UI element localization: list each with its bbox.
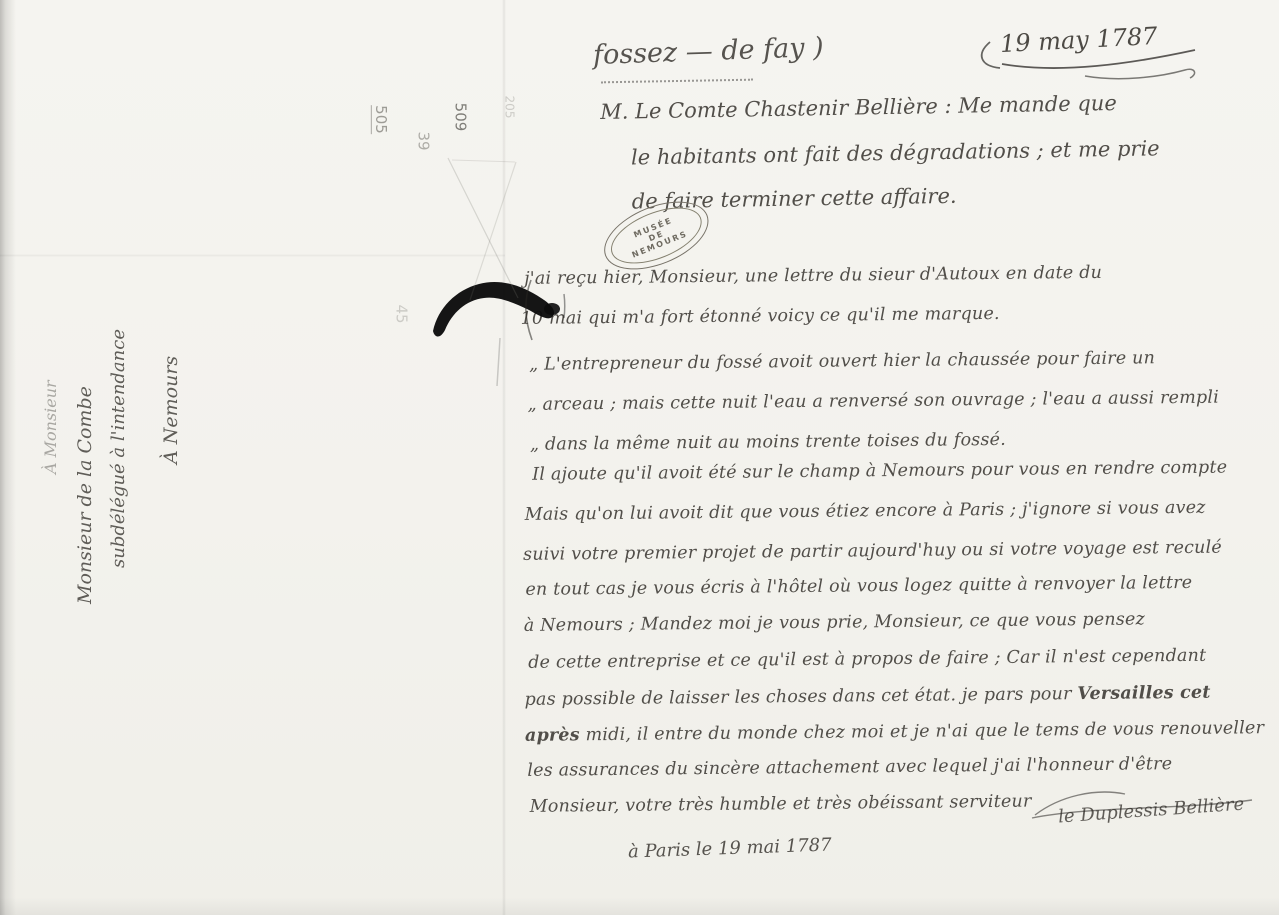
margin-address: À Monsieur Monsieur de la Combe subdélég… (34, 228, 188, 632)
body-text: midi, il entre du monde chez moi et je n… (580, 718, 1265, 745)
body-line: à Nemours ; Mandez moi je vous prie, Mon… (524, 609, 1145, 636)
pencil-number: 39 (415, 131, 433, 150)
address-line: À Nemours (154, 228, 188, 632)
body-line: 10 mai qui m'a fort étonné voicy ce qu'i… (521, 304, 1000, 329)
body-text: pas possible de laisser les choses dans … (524, 684, 1077, 710)
dateline: à Paris le 19 mai 1787 (628, 834, 832, 862)
scan-bottom-shade (0, 897, 1279, 915)
date-underline-2 (1085, 69, 1195, 78)
body-line: Mais qu'on lui avoit dit que vous étiez … (525, 498, 1206, 525)
pencil-number: 45 (393, 304, 411, 323)
abstract-line: M. Le Comte Chastenir Bellière : Me mand… (600, 91, 1117, 124)
body-line: après midi, il entre du monde chez moi e… (525, 718, 1264, 746)
body-line: „ dans la même nuit au moins trente tois… (530, 430, 1006, 455)
paper-fold-line (502, 0, 506, 915)
body-line: suivi votre premier projet de partir auj… (523, 538, 1222, 565)
body-line: Monsieur, votre très humble et très obéi… (530, 792, 1032, 817)
pencil-diagonal (448, 158, 518, 298)
date-flourish (982, 42, 1000, 68)
body-text-emphasis: Versailles cet (1077, 683, 1210, 704)
pencil-number: 505 (371, 105, 390, 134)
scanned-letter-page: fossez — de fay ) 19 may 1787 M. Le Comt… (0, 0, 1279, 915)
pencil-diagonal (470, 162, 516, 300)
scan-left-edge (0, 0, 16, 915)
abstract-line: le habitants ont fait des dégradations ;… (631, 136, 1160, 169)
address-line: Monsieur de la Combe (68, 228, 102, 632)
address-line: À Monsieur (34, 228, 68, 632)
address-line: subdélégué à l'intendance (102, 228, 136, 632)
body-line: „ L'entrepreneur du fossé avoit ouvert h… (529, 348, 1155, 375)
body-line: de cette entreprise et ce qu'il est à pr… (528, 646, 1206, 673)
pencil-number: 509 (451, 103, 469, 132)
stamp-inner-ring: MUSÉE DE NEMOURS (603, 196, 709, 275)
body-line: „ arceau ; mais cette nuit l'eau a renve… (527, 388, 1219, 415)
body-line: Il ajoute qu'il avoit été sur le champ à… (532, 458, 1227, 485)
ink-blot-tail (497, 338, 500, 386)
body-line: en tout cas je vous écris à l'hôtel où v… (525, 573, 1192, 600)
body-text-emphasis: après (525, 725, 580, 746)
pencil-number: 205 (502, 96, 516, 119)
docket-title: fossez — de fay ) (593, 32, 825, 71)
letter-body: j'ai reçu hier, Monsieur, une lettre du … (520, 261, 1271, 829)
body-line: pas possible de laisser les choses dans … (524, 683, 1210, 710)
docket-underline (601, 79, 753, 84)
header-date: 19 may 1787 (999, 22, 1158, 58)
body-line: les assurances du sincère attachement av… (527, 754, 1172, 781)
